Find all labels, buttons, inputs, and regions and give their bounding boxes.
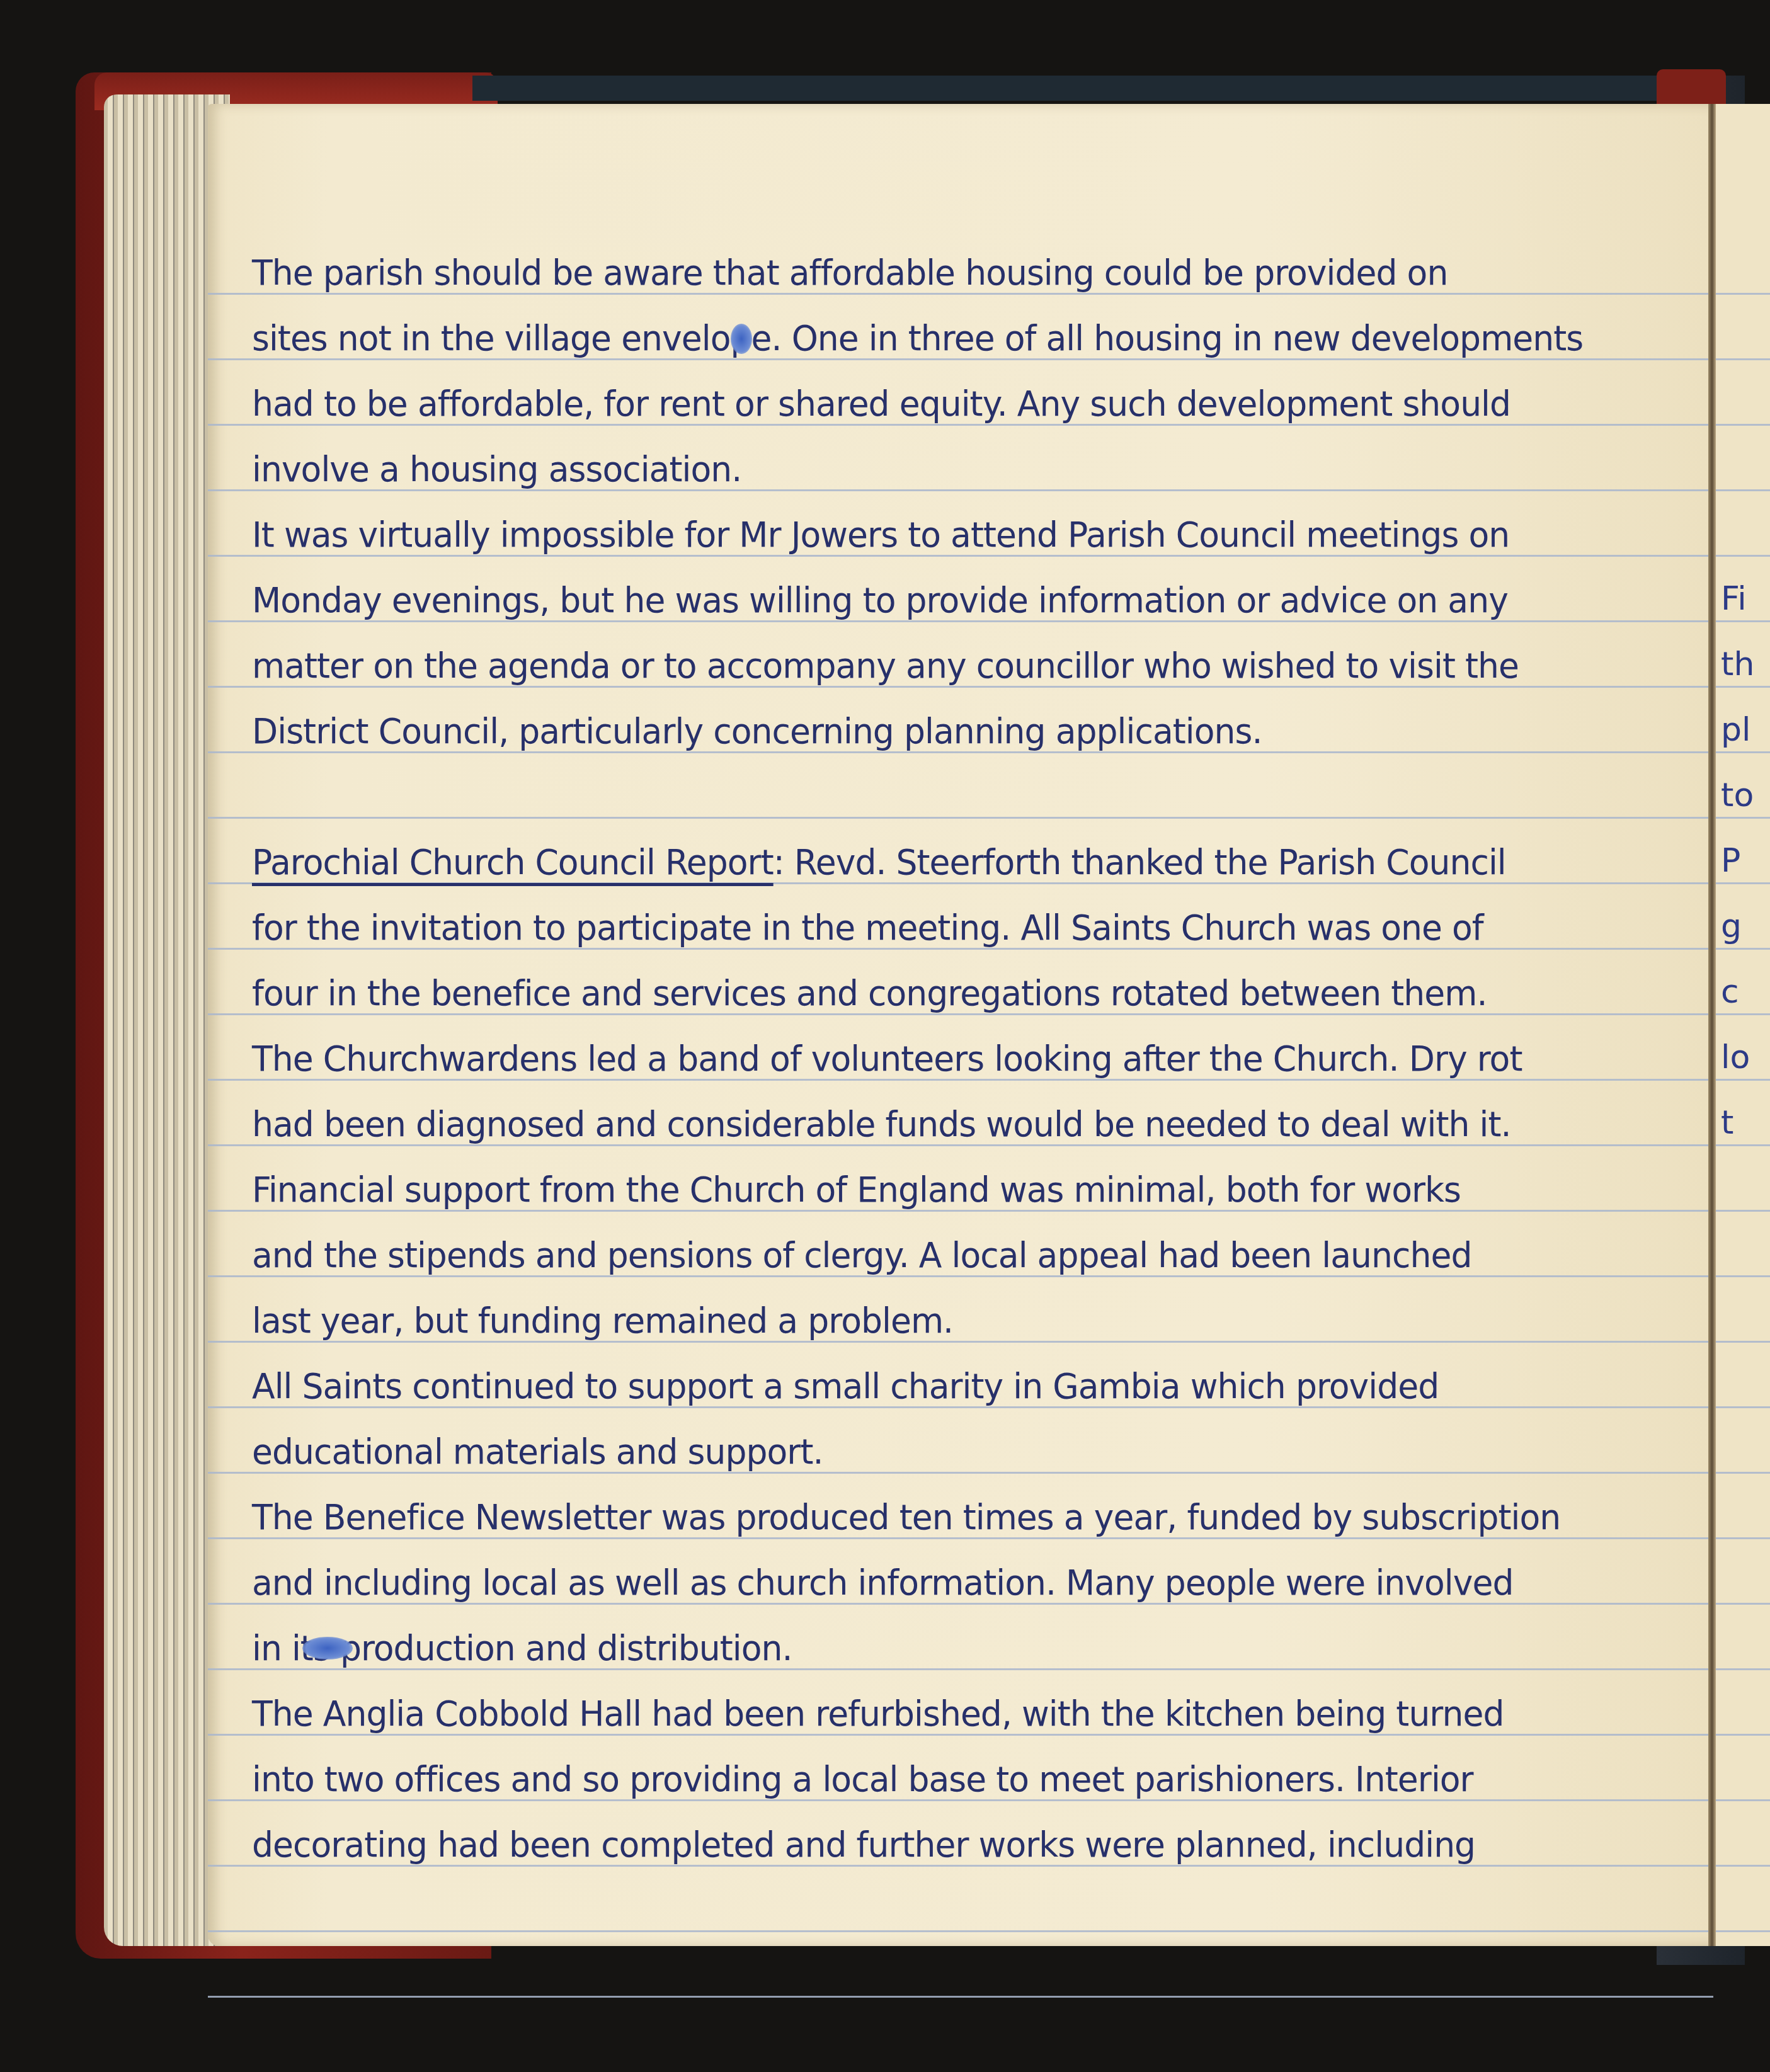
handwritten-line: decorating had been completed and furthe… (252, 1823, 1625, 1867)
ruled-line (1716, 1865, 1770, 1867)
ruled-line (208, 817, 1713, 819)
left-page: The parish should be aware that affordab… (208, 104, 1713, 1946)
right-page-text-fragment: c (1721, 973, 1739, 1011)
right-page-text-fragment: g (1721, 908, 1742, 945)
line-text: involve a housing association. (252, 449, 741, 490)
ruled-line (1716, 1406, 1770, 1408)
handwritten-line: Monday evenings, but he was willing to p… (252, 579, 1625, 623)
handwritten-line: and including local as well as church in… (252, 1561, 1625, 1605)
line-text: : Revd. Steerforth thanked the Parish Co… (774, 842, 1506, 883)
handwritten-line: The Anglia Cobbold Hall had been refurbi… (252, 1692, 1625, 1736)
handwritten-line: had to be affordable, for rent or shared… (252, 382, 1625, 426)
line-text: four in the benefice and services and co… (252, 973, 1487, 1014)
ruled-line (1716, 1079, 1770, 1081)
handwritten-line: into two offices and so providing a loca… (252, 1758, 1625, 1802)
ruled-line (1716, 1210, 1770, 1212)
line-text: had been diagnosed and considerable fund… (252, 1104, 1511, 1145)
handwritten-line: The Churchwardens led a band of voluntee… (252, 1037, 1625, 1081)
line-text: matter on the agenda or to accompany any… (252, 646, 1519, 686)
right-page-text-fragment: Fi (1721, 580, 1747, 618)
ruled-line (1716, 1668, 1770, 1670)
ruled-line (1716, 1537, 1770, 1539)
ruled-line (1716, 1799, 1770, 1801)
handwritten-line: four in the benefice and services and co… (252, 972, 1625, 1016)
line-text: decorating had been completed and furthe… (252, 1824, 1475, 1865)
ruled-line (1716, 358, 1770, 360)
book-gutter (1708, 104, 1716, 1946)
ruled-line (1716, 489, 1770, 491)
line-text: educational materials and support. (252, 1432, 823, 1472)
line-text: The parish should be aware that affordab… (252, 253, 1447, 293)
line-text: District Council, particularly concernin… (252, 711, 1262, 752)
handwritten-line: The parish should be aware that affordab… (252, 251, 1625, 295)
line-text: The Churchwardens led a band of voluntee… (252, 1039, 1522, 1079)
handwritten-line: Parochial Church Council Report: Revd. S… (252, 841, 1625, 885)
ruled-line (1716, 882, 1770, 884)
ruled-line (1716, 293, 1770, 295)
line-text: and the stipends and pensions of clergy.… (252, 1235, 1471, 1276)
section-heading: Parochial Church Council Report (252, 842, 774, 883)
ink-blot (302, 1637, 353, 1659)
line-text: last year, but funding remained a proble… (252, 1301, 953, 1341)
line-text: The Benefice Newsletter was produced ten… (252, 1497, 1560, 1538)
ruled-line (1716, 1603, 1770, 1605)
line-text: Financial support from the Church of Eng… (252, 1170, 1461, 1210)
ruled-line (1716, 948, 1770, 950)
ruled-line (1716, 817, 1770, 819)
ink-blot (731, 324, 752, 354)
line-text: had to be affordable, for rent or shared… (252, 384, 1510, 424)
handwritten-line: for the invitation to participate in the… (252, 906, 1625, 950)
handwritten-line: Financial support from the Church of Eng… (252, 1168, 1625, 1212)
ruled-line (1716, 555, 1770, 557)
handwritten-line: District Council, particularly concernin… (252, 710, 1625, 754)
line-text: It was virtually impossible for Mr Jower… (252, 515, 1509, 555)
ruled-line (1716, 620, 1770, 622)
ruled-line (1716, 1341, 1770, 1343)
handwritten-line: had been diagnosed and considerable fund… (252, 1103, 1625, 1147)
book-cover-dark-edge (472, 76, 1669, 101)
line-text: Monday evenings, but he was willing to p… (252, 580, 1508, 621)
ruled-line (1716, 1144, 1770, 1146)
right-page-edge: FithpltoPgclot (1716, 104, 1770, 1946)
line-text: All Saints continued to support a small … (252, 1366, 1439, 1407)
line-text: and including local as well as church in… (252, 1563, 1513, 1603)
handwritten-line: last year, but funding remained a proble… (252, 1299, 1625, 1343)
ruled-line (1716, 1472, 1770, 1474)
line-text: for the invitation to participate in the… (252, 908, 1483, 948)
right-page-text-fragment: th (1721, 646, 1754, 683)
right-page-text-fragment: pl (1721, 711, 1750, 749)
ruled-line (1716, 1930, 1770, 1932)
ruled-line (1716, 424, 1770, 426)
handwritten-line: It was virtually impossible for Mr Jower… (252, 513, 1625, 557)
handwritten-line: The Benefice Newsletter was produced ten… (252, 1496, 1625, 1540)
handwritten-line: in its production and distribution. (252, 1627, 1625, 1671)
handwritten-line: involve a housing association. (252, 448, 1625, 492)
right-page-text-fragment: P (1721, 842, 1740, 880)
ruled-line (1716, 686, 1770, 688)
right-page-text-fragment: to (1721, 777, 1754, 814)
line-text: into two offices and so providing a loca… (252, 1759, 1473, 1800)
ruled-line (208, 1930, 1713, 1932)
handwritten-line: matter on the agenda or to accompany any… (252, 644, 1625, 688)
handwritten-line: sites not in the village envelope. One i… (252, 317, 1625, 361)
ruled-line (1716, 1275, 1770, 1277)
ruled-line (208, 1996, 1713, 1998)
ruled-line (1716, 1734, 1770, 1736)
right-page-text-fragment: t (1721, 1104, 1733, 1142)
line-text: The Anglia Cobbold Hall had been refurbi… (252, 1693, 1504, 1734)
handwritten-line: and the stipends and pensions of clergy.… (252, 1234, 1625, 1278)
ruled-line (1716, 751, 1770, 753)
right-page-text-fragment: lo (1721, 1039, 1750, 1076)
handwritten-line: All Saints continued to support a small … (252, 1365, 1625, 1409)
ruled-line (1716, 1013, 1770, 1015)
line-text: sites not in the village envelope. One i… (252, 318, 1583, 359)
handwritten-line: educational materials and support. (252, 1430, 1625, 1474)
